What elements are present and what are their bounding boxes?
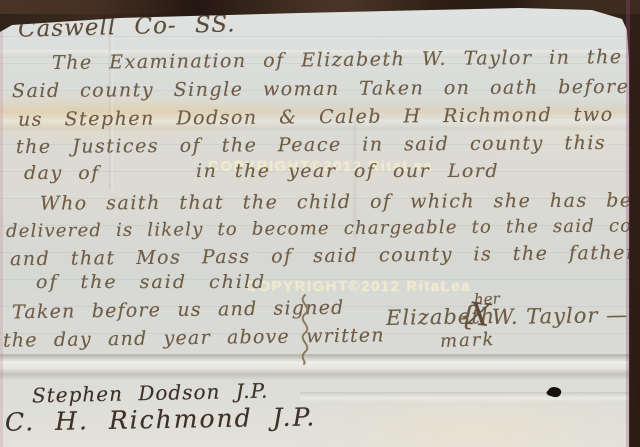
copyright-watermark: COPYRIGHT©2012 RitaLea: [246, 278, 471, 295]
handwritten-line: Said county Single woman Taken on oath b…: [12, 76, 630, 102]
signature-mark-word: mark: [440, 329, 496, 352]
handwritten-line-heading: Caswell Co- SS.: [18, 11, 236, 42]
brace-mark: [294, 292, 314, 366]
handwritten-line: day of: [24, 162, 100, 184]
fold-crease: [0, 354, 629, 380]
photo-frame: COPYRIGHT©2012 RitaLea COPYRIGHT©2012 Ri…: [0, 0, 640, 447]
fold-crease: [300, 392, 629, 402]
paper-edge-fringe: [0, 20, 3, 447]
handwritten-line: in the year of our Lord: [196, 160, 499, 182]
handwritten-line: of the said child: [36, 271, 266, 293]
handwritten-line: Who saith that the child of which she ha…: [40, 189, 640, 214]
justice-signature: C. H. Richmond J.P.: [5, 402, 317, 436]
paper-edge-fringe: [626, 0, 630, 447]
document-paper: COPYRIGHT©2012 RitaLea COPYRIGHT©2012 Ri…: [0, 0, 629, 447]
signature-surname: W. Taylor —: [492, 303, 629, 329]
handwritten-line: the Justices of the Peace in said county…: [16, 132, 606, 158]
